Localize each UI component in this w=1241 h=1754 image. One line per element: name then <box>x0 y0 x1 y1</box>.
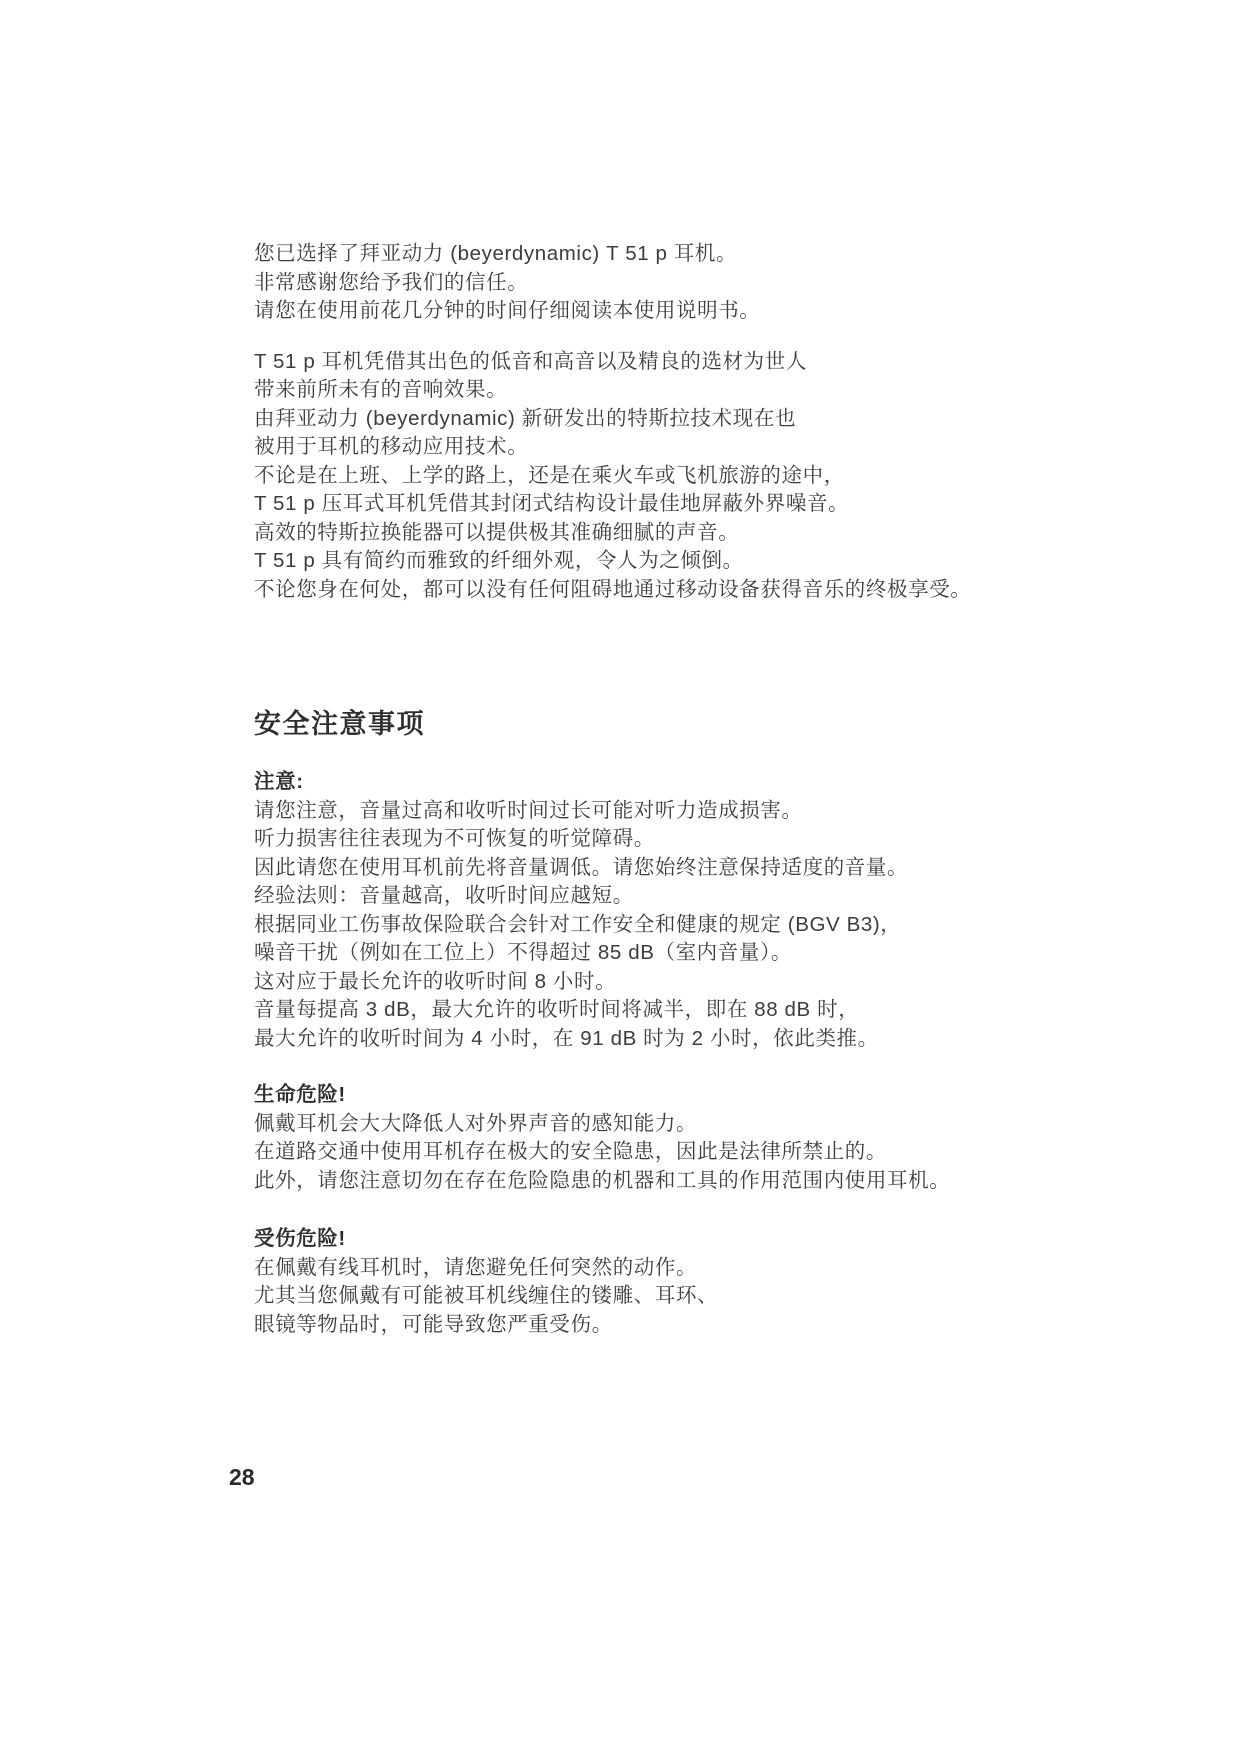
section-danger-to-life: 生命危险! 佩戴耳机会大大降低人对外界声音的感知能力。在道路交通中使用耳机存在极… <box>254 1081 1114 1195</box>
text-line: T 51 p 具有简约而雅致的纤细外观，令人为之倾倒。 <box>254 547 1114 576</box>
text-line: 在道路交通中使用耳机存在极大的安全隐患，因此是法律所禁止的。 <box>254 1138 1114 1167</box>
text-line: 请您在使用前花几分钟的时间仔细阅读本使用说明书。 <box>254 297 1114 326</box>
section-risk-of-injury-body: 在佩戴有线耳机时，请您避免任何突然的动作。尤其当您佩戴有可能被耳机线缠住的镂雕、… <box>254 1254 1114 1340</box>
text-line: 经验法则：音量越高，收听时间应越短。 <box>254 882 1114 911</box>
section-risk-of-injury-title: 受伤危险! <box>254 1225 1114 1254</box>
text-line: 您已选择了拜亚动力 (beyerdynamic) T 51 p 耳机。 <box>254 240 1114 269</box>
text-line: 尤其当您佩戴有可能被耳机线缠住的镂雕、耳环、 <box>254 1282 1114 1311</box>
text-line: 音量每提高 3 dB，最大允许的收听时间将减半，即在 88 dB 时， <box>254 996 1114 1025</box>
section-attention-title: 注意: <box>254 768 1114 797</box>
text-line: 最大允许的收听时间为 4 小时，在 91 dB 时为 2 小时，依此类推。 <box>254 1025 1114 1054</box>
text-line: 在佩戴有线耳机时，请您避免任何突然的动作。 <box>254 1254 1114 1283</box>
intro-paragraph-greeting: 您已选择了拜亚动力 (beyerdynamic) T 51 p 耳机。非常感谢您… <box>254 240 1114 326</box>
text-line: 眼镜等物品时，可能导致您严重受伤。 <box>254 1311 1114 1340</box>
text-line: 此外，请您注意切勿在存在危险隐患的机器和工具的作用范围内使用耳机。 <box>254 1167 1114 1196</box>
manual-page: 您已选择了拜亚动力 (beyerdynamic) T 51 p 耳机。非常感谢您… <box>0 0 1241 1754</box>
text-line: 带来前所未有的音响效果。 <box>254 376 1114 405</box>
text-line: 噪音干扰（例如在工位上）不得超过 85 dB（室内音量）。 <box>254 939 1114 968</box>
section-attention-body: 请您注意，音量过高和收听时间过长可能对听力造成损害。听力损害往往表现为不可恢复的… <box>254 797 1114 1054</box>
page-number: 28 <box>229 1464 255 1490</box>
text-line: 根据同业工伤事故保险联合会针对工作安全和健康的规定 (BGV B3)， <box>254 911 1114 940</box>
page-content: 您已选择了拜亚动力 (beyerdynamic) T 51 p 耳机。非常感谢您… <box>254 240 1114 1339</box>
text-line: 佩戴耳机会大大降低人对外界声音的感知能力。 <box>254 1110 1114 1139</box>
text-line: 听力损害往往表现为不可恢复的听觉障碍。 <box>254 825 1114 854</box>
text-line: 非常感谢您给予我们的信任。 <box>254 269 1114 298</box>
safety-precautions-heading: 安全注意事项 <box>254 704 1114 744</box>
text-line: T 51 p 压耳式耳机凭借其封闭式结构设计最佳地屏蔽外界噪音。 <box>254 490 1114 519</box>
section-risk-of-injury: 受伤危险! 在佩戴有线耳机时，请您避免任何突然的动作。尤其当您佩戴有可能被耳机线… <box>254 1225 1114 1339</box>
text-line: 请您注意，音量过高和收听时间过长可能对听力造成损害。 <box>254 797 1114 826</box>
text-line: 不论是在上班、上学的路上，还是在乘火车或飞机旅游的途中， <box>254 462 1114 491</box>
text-line: 高效的特斯拉换能器可以提供极其准确细腻的声音。 <box>254 519 1114 548</box>
text-line: 因此请您在使用耳机前先将音量调低。请您始终注意保持适度的音量。 <box>254 854 1114 883</box>
text-line: 由拜亚动力 (beyerdynamic) 新研发出的特斯拉技术现在也 <box>254 405 1114 434</box>
section-attention: 注意: 请您注意，音量过高和收听时间过长可能对听力造成损害。听力损害往往表现为不… <box>254 768 1114 1053</box>
text-line: 被用于耳机的移动应用技术。 <box>254 433 1114 462</box>
text-line: 不论您身在何处，都可以没有任何阻碍地通过移动设备获得音乐的终极享受。 <box>254 576 1114 605</box>
intro-paragraph-product: T 51 p 耳机凭借其出色的低音和高音以及精良的选材为世人带来前所未有的音响效… <box>254 348 1114 605</box>
section-danger-to-life-body: 佩戴耳机会大大降低人对外界声音的感知能力。在道路交通中使用耳机存在极大的安全隐患… <box>254 1110 1114 1196</box>
text-line: T 51 p 耳机凭借其出色的低音和高音以及精良的选材为世人 <box>254 348 1114 377</box>
section-danger-to-life-title: 生命危险! <box>254 1081 1114 1110</box>
text-line: 这对应于最长允许的收听时间 8 小时。 <box>254 968 1114 997</box>
